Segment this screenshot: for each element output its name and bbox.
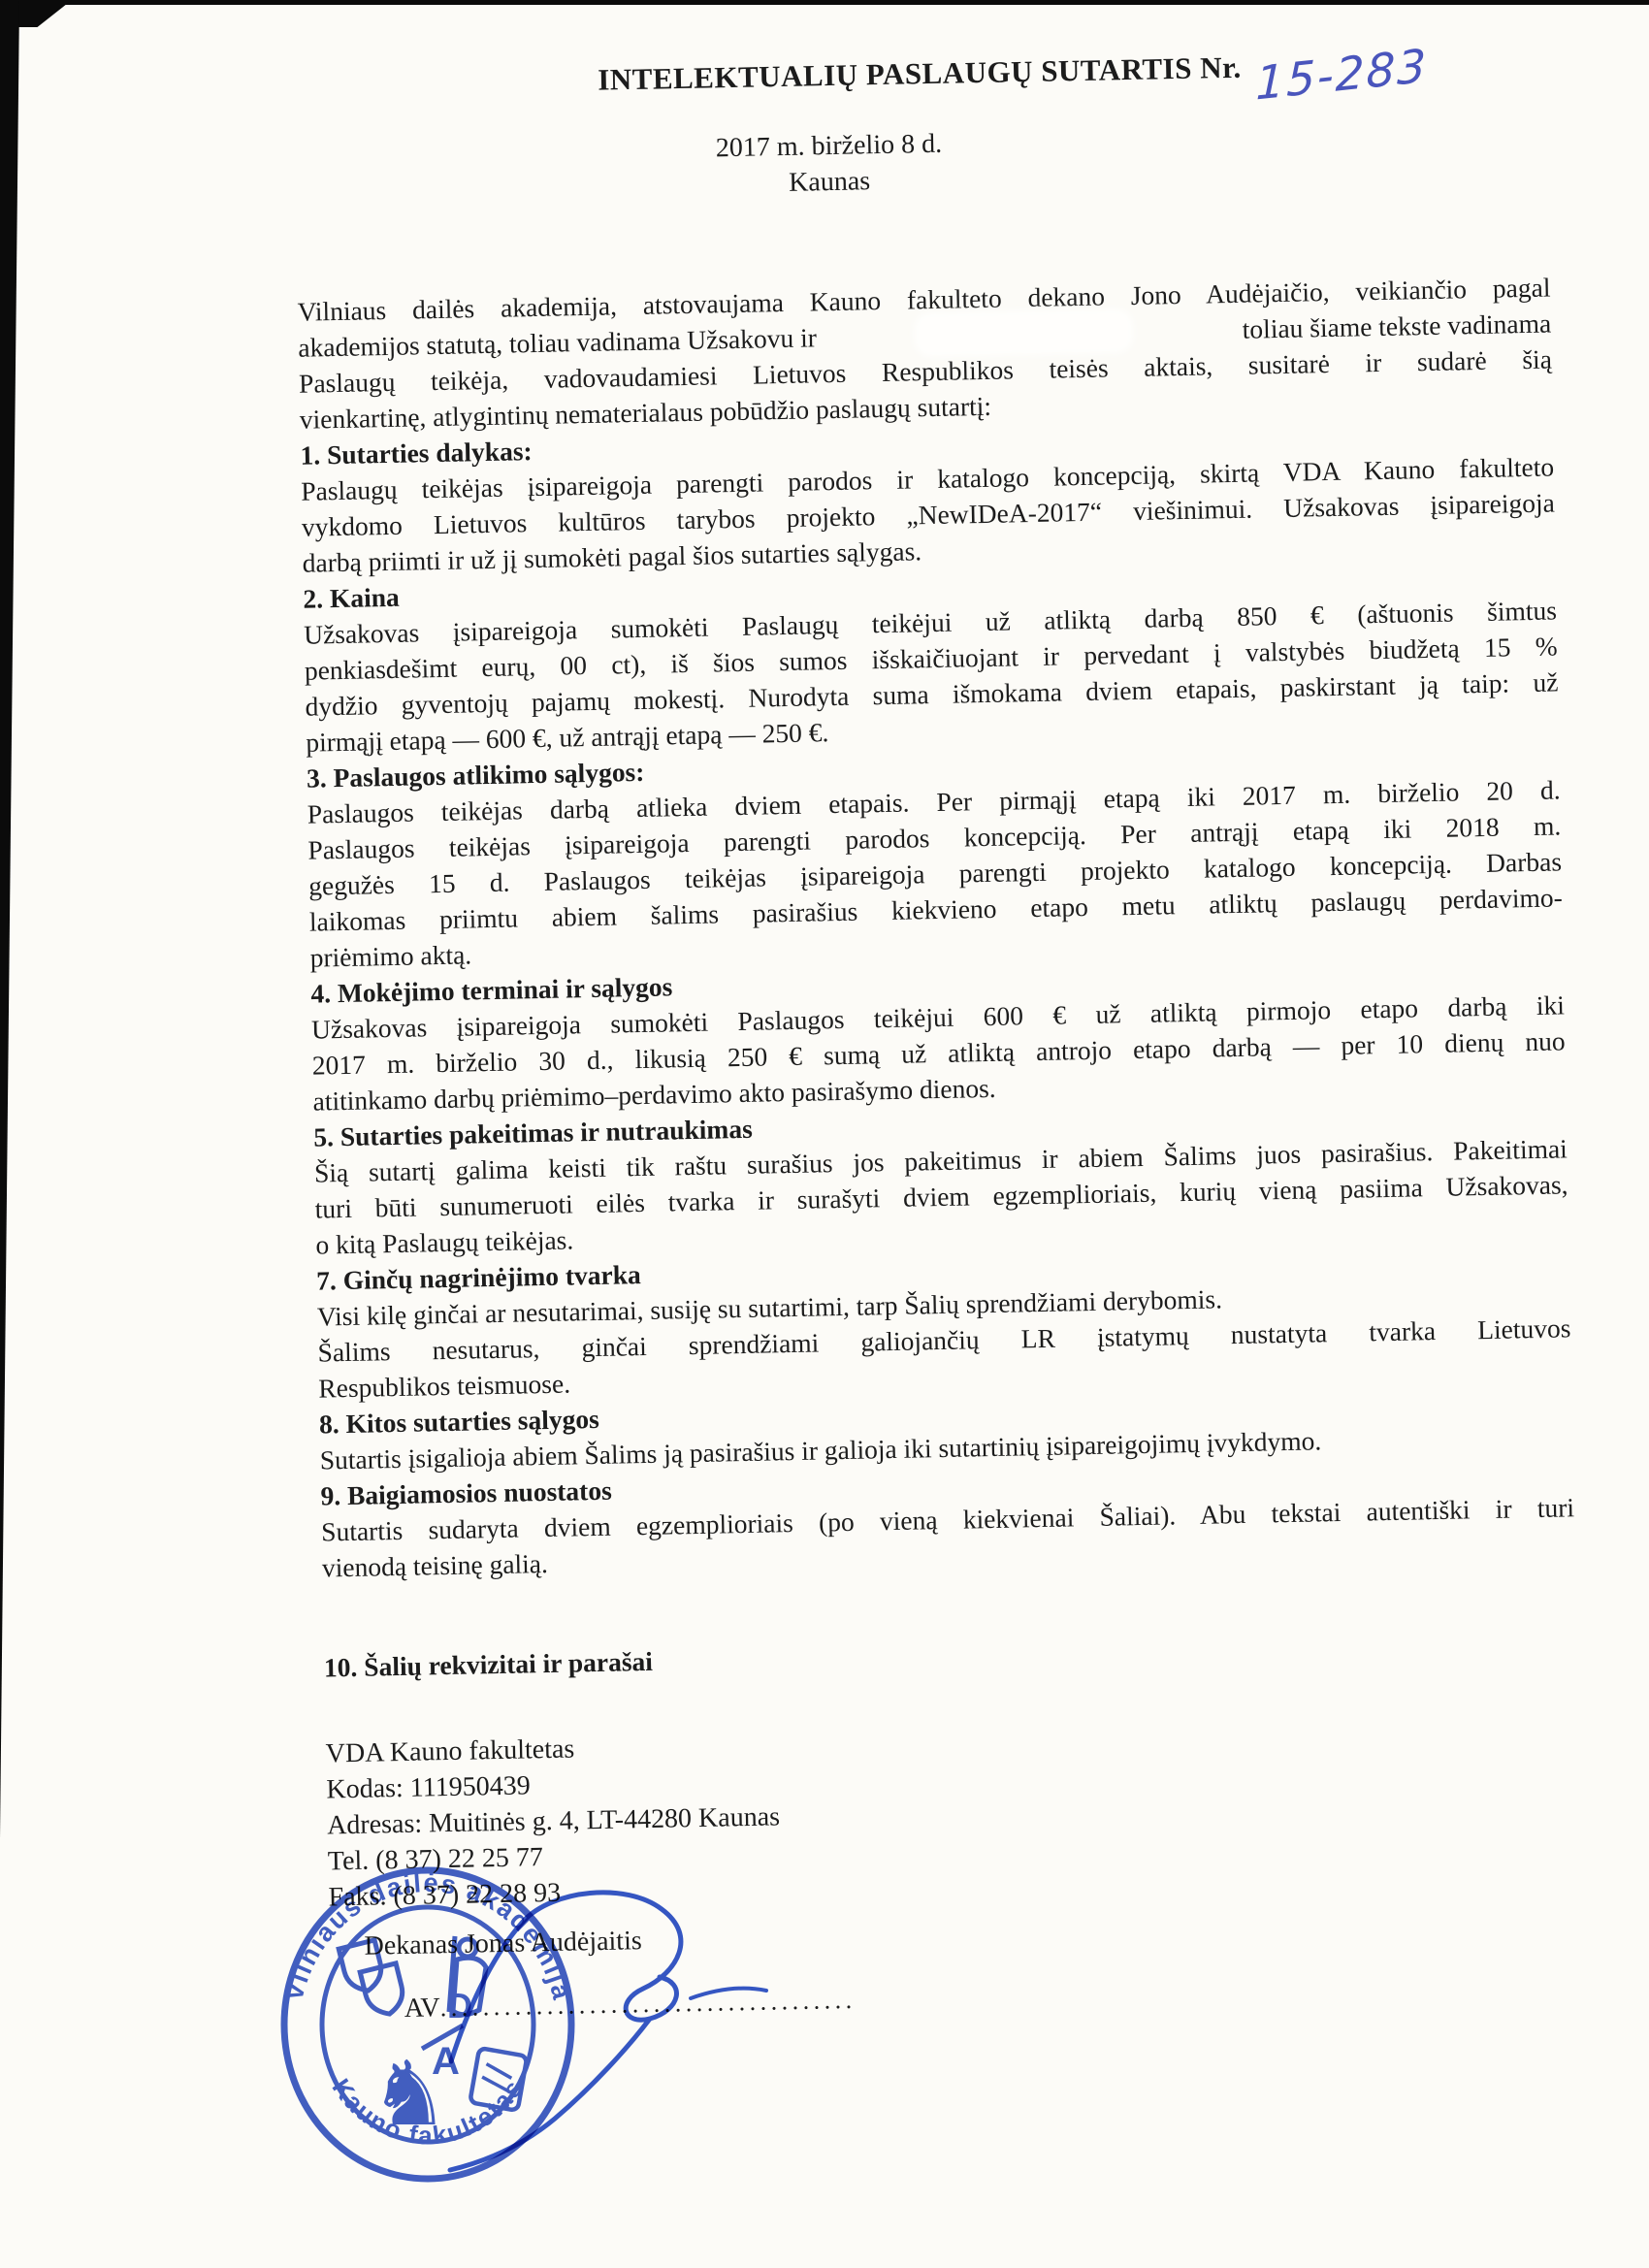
shield-icon (360, 1963, 407, 2019)
signature-tick-stroke (691, 1989, 766, 1998)
whiteout-redaction (919, 313, 1129, 352)
document-body: INTELEKTUALIŲ PASLAUGŲ SUTARTIS Nr. 2017… (292, 0, 1584, 2027)
scanned-contract-page: INTELEKTUALIŲ PASLAUGŲ SUTARTIS Nr. 2017… (0, 0, 1649, 2268)
requisites-heading: 10. Šalių rekvizitai ir parašai (324, 1625, 1577, 1685)
scan-edge-left (0, 0, 19, 1838)
contract-sections: 1. Sutarties dalykas:Paslaugų teikėjas į… (300, 412, 1575, 1585)
handwritten-signature (407, 1880, 936, 2200)
intro-line-right: toliau šiame tekste vadinama (1242, 306, 1551, 347)
signature-main-stroke (451, 1893, 681, 2061)
signature-tail-stroke (450, 2019, 650, 2170)
intro-paragraph: Vilniaus dailės akademija, atstovaujama … (297, 270, 1553, 437)
scan-edge-top (0, 0, 1649, 5)
